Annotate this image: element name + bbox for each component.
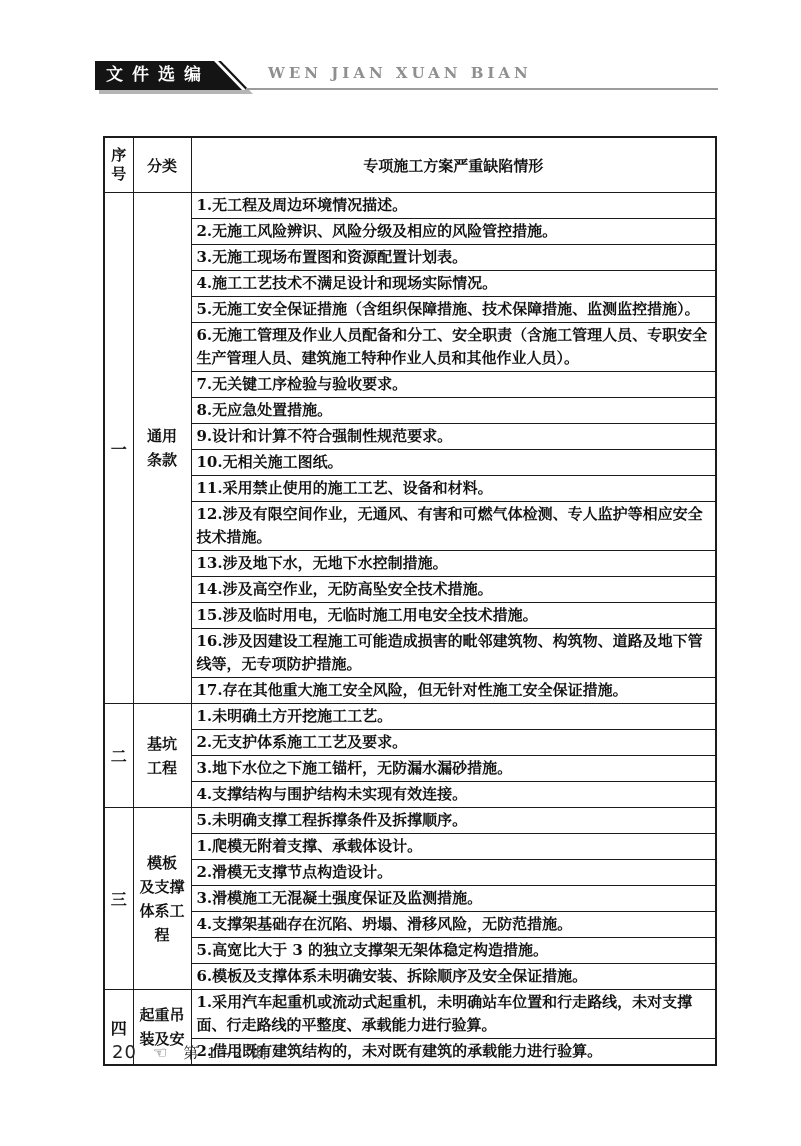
defect-item-cell: 9.设计和计算不符合强制性规范要求。: [191, 424, 716, 450]
section-number-cell: 二: [104, 704, 133, 808]
issue-label: 第 1~2 期: [183, 1042, 268, 1063]
table-row: 5.无施工安全保证措施（含组织保障措施、技术保障措施、监测监控措施）。: [104, 297, 716, 323]
section-category-cell: 通用 条款: [133, 193, 191, 704]
page-footer: 20 ☜ 第 1~2 期: [112, 1042, 268, 1063]
masthead-rule: [246, 88, 718, 90]
defect-item-cell: 3.滑模施工无混凝土强度保证及监测措施。: [191, 886, 716, 912]
table-row: 5.高宽比大于 3 的独立支撑架无架体稳定构造措施。: [104, 938, 716, 964]
table-row: 四起重吊 装及安1.采用汽车起重机或流动式起重机，未明确站车位置和行走路线，未对…: [104, 990, 716, 1039]
defect-item-cell: 10.无相关施工图纸。: [191, 450, 716, 476]
page-number: 20: [112, 1042, 137, 1063]
table-row: 2.无施工风险辨识、风险分级及相应的风险管控措施。: [104, 219, 716, 245]
defect-item-cell: 2.无支护体系施工工艺及要求。: [191, 730, 716, 756]
table-row: 二基坑 工程1.未明确土方开挖施工工艺。: [104, 704, 716, 730]
table-row: 6.模板及支撑体系未明确安装、拆除顺序及安全保证措施。: [104, 964, 716, 990]
masthead-badge: 文件选编: [95, 61, 265, 92]
section-number-cell: 一: [104, 193, 133, 704]
table-row: 4.支撑架基础存在沉陷、坍塌、滑移风险，无防范措施。: [104, 912, 716, 938]
section-number-cell: 三: [104, 808, 133, 990]
defect-item-cell: 6.无施工管理及作业人员配备和分工、安全职责（含施工管理人员、专职安全生产管理人…: [191, 323, 716, 372]
table-row: 2.滑模无支撑节点构造设计。: [104, 860, 716, 886]
defect-item-cell: 5.高宽比大于 3 的独立支撑架无架体稳定构造措施。: [191, 938, 716, 964]
defect-item-cell: 2.无施工风险辨识、风险分级及相应的风险管控措施。: [191, 219, 716, 245]
masthead: 文件选编 WEN JIAN XUAN BIAN: [0, 0, 801, 110]
defect-item-cell: 4.施工工艺技术不满足设计和现场实际情况。: [191, 271, 716, 297]
defect-item-cell: 4.支撑架基础存在沉陷、坍塌、滑移风险，无防范措施。: [191, 912, 716, 938]
defect-item-cell: 15.涉及临时用电，无临时施工用电安全技术措施。: [191, 603, 716, 629]
defect-item-cell: 12.涉及有限空间作业，无通风、有害和可燃气体检测、专人监护等相应安全技术措施。: [191, 502, 716, 551]
defect-item-cell: 7.无关键工序检验与验收要求。: [191, 372, 716, 398]
section-category-cell: 基坑 工程: [133, 704, 191, 808]
defect-item-cell: 16.涉及因建设工程施工可能造成损害的毗邻建筑物、构筑物、道路及地下管线等，无专…: [191, 629, 716, 678]
defect-item-cell: 5.未明确支撑工程拆撑条件及拆撑顺序。: [191, 808, 716, 834]
table-row: 7.无关键工序检验与验收要求。: [104, 372, 716, 398]
defect-item-cell: 1.爬模无附着支撑、承载体设计。: [191, 834, 716, 860]
table-row: 13.涉及地下水，无地下水控制措施。: [104, 551, 716, 577]
table-row: 9.设计和计算不符合强制性规范要求。: [104, 424, 716, 450]
table-row: 2.无支护体系施工工艺及要求。: [104, 730, 716, 756]
defect-item-cell: 1.未明确土方开挖施工工艺。: [191, 704, 716, 730]
defect-item-cell: 8.无应急处置措施。: [191, 398, 716, 424]
table-row: 4.支撑结构与围护结构未实现有效连接。: [104, 782, 716, 808]
header-serial-number: 序 号: [104, 137, 133, 193]
defect-item-cell: 3.地下水位之下施工锚杆，无防漏水漏砂措施。: [191, 756, 716, 782]
table-row: 3.滑模施工无混凝土强度保证及监测措施。: [104, 886, 716, 912]
defect-item-cell: 13.涉及地下水，无地下水控制措施。: [191, 551, 716, 577]
section-category-cell: 模板 及支撑 体系工 程: [133, 808, 191, 990]
header-defect-situations: 专项施工方案严重缺陷情形: [191, 137, 716, 193]
pointing-hand-icon: ☜: [153, 1043, 167, 1062]
table-row: 3.地下水位之下施工锚杆，无防漏水漏砂措施。: [104, 756, 716, 782]
defect-item-cell: 4.支撑结构与围护结构未实现有效连接。: [191, 782, 716, 808]
table-row: 三模板 及支撑 体系工 程5.未明确支撑工程拆撑条件及拆撑顺序。: [104, 808, 716, 834]
defect-item-cell: 1.采用汽车起重机或流动式起重机，未明确站车位置和行走路线，未对支撑面、行走路线…: [191, 990, 716, 1039]
table-row: 16.涉及因建设工程施工可能造成损害的毗邻建筑物、构筑物、道路及地下管线等，无专…: [104, 629, 716, 678]
defect-item-cell: 17.存在其他重大施工安全风险，但无针对性施工安全保证措施。: [191, 678, 716, 704]
table-row: 3.无施工现场布置图和资源配置计划表。: [104, 245, 716, 271]
table-row: 14.涉及高空作业，无防高坠安全技术措施。: [104, 577, 716, 603]
table-row: 17.存在其他重大施工安全风险，但无针对性施工安全保证措施。: [104, 678, 716, 704]
table-row: 6.无施工管理及作业人员配备和分工、安全职责（含施工管理人员、专职安全生产管理人…: [104, 323, 716, 372]
table-row: 4.施工工艺技术不满足设计和现场实际情况。: [104, 271, 716, 297]
defect-item-cell: 14.涉及高空作业，无防高坠安全技术措施。: [191, 577, 716, 603]
defect-item-cell: 3.无施工现场布置图和资源配置计划表。: [191, 245, 716, 271]
defect-item-cell: 2.借用既有建筑结构的，未对既有建筑的承载能力进行验算。: [191, 1039, 716, 1066]
table-row: 15.涉及临时用电，无临时施工用电安全技术措施。: [104, 603, 716, 629]
defect-item-cell: 6.模板及支撑体系未明确安装、拆除顺序及安全保证措施。: [191, 964, 716, 990]
table-row: 8.无应急处置措施。: [104, 398, 716, 424]
table-row: 11.采用禁止使用的施工工艺、设备和材料。: [104, 476, 716, 502]
defect-table: 序 号 分类 专项施工方案严重缺陷情形 一通用 条款1.无工程及周边环境情况描述…: [103, 136, 717, 1066]
masthead-subtitle: WEN JIAN XUAN BIAN: [268, 64, 532, 82]
defect-item-cell: 11.采用禁止使用的施工工艺、设备和材料。: [191, 476, 716, 502]
defect-item-cell: 2.滑模无支撑节点构造设计。: [191, 860, 716, 886]
masthead-badge-title: 文件选编: [106, 61, 210, 90]
header-category: 分类: [133, 137, 191, 193]
table-row: 10.无相关施工图纸。: [104, 450, 716, 476]
table-header-row: 序 号 分类 专项施工方案严重缺陷情形: [104, 137, 716, 193]
table-row: 1.爬模无附着支撑、承载体设计。: [104, 834, 716, 860]
defect-item-cell: 5.无施工安全保证措施（含组织保障措施、技术保障措施、监测监控措施）。: [191, 297, 716, 323]
table-row: 12.涉及有限空间作业，无通风、有害和可燃气体检测、专人监护等相应安全技术措施。: [104, 502, 716, 551]
table-row: 一通用 条款1.无工程及周边环境情况描述。: [104, 193, 716, 219]
defect-item-cell: 1.无工程及周边环境情况描述。: [191, 193, 716, 219]
